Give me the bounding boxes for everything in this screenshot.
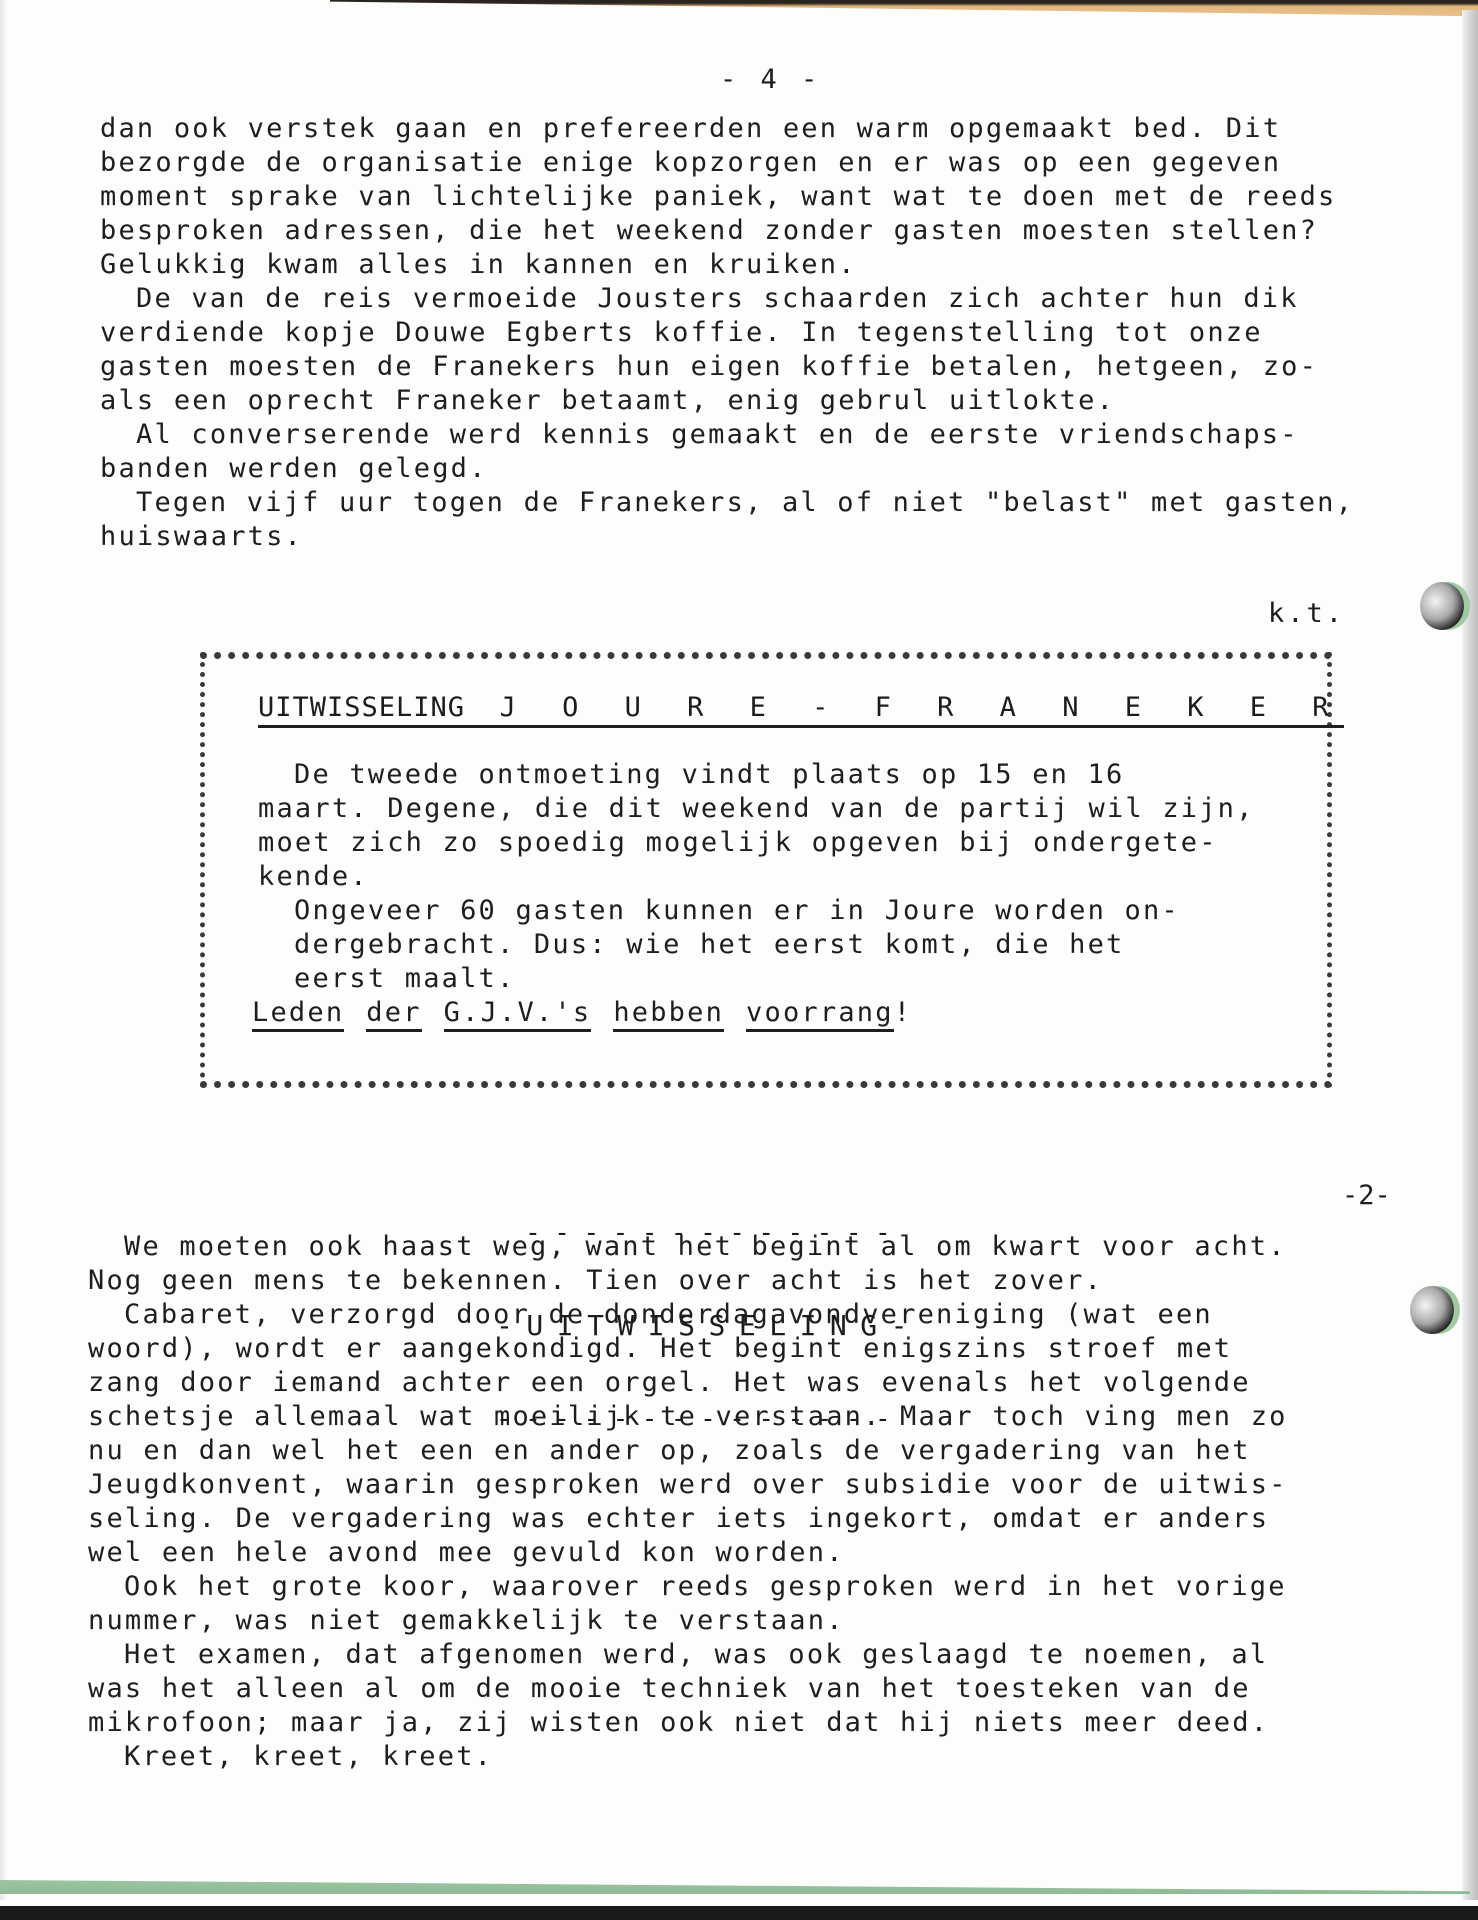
- paper-edge-left: [0, 0, 8, 1900]
- notice-word: hebben: [613, 997, 724, 1032]
- text-line: kende.: [258, 860, 1255, 894]
- text-line: mikrofoon; maar ja, zij wisten ook niet …: [88, 1706, 1288, 1740]
- article-part1-body: dan ook verstek gaan en prefereerden een…: [100, 112, 1354, 554]
- text-line: Het examen, dat afgenomen werd, was ook …: [88, 1638, 1288, 1672]
- paper-edge-bottom: [0, 1906, 1478, 1920]
- text-line: verdiende kopje Douwe Egberts koffie. In…: [100, 316, 1354, 350]
- text-line: moet zich zo spoedig mogelijk opgeven bi…: [258, 826, 1255, 860]
- paper-edge-bottom-green: [0, 1880, 1470, 1894]
- priority-notice: LedenderG.J.V.'shebbenvoorrang!: [252, 996, 1255, 1030]
- notice-word: G.J.V.'s: [444, 997, 592, 1032]
- text-line: maart. Degene, die dit weekend van de pa…: [258, 792, 1255, 826]
- text-line: woord), wordt er aangekondigd. Het begin…: [88, 1332, 1288, 1366]
- text-line: bezorgde de organisatie enige kopzorgen …: [100, 146, 1354, 180]
- paper-edge-right: [1462, 10, 1478, 1900]
- text-line: gasten moesten de Franekers hun eigen ko…: [100, 350, 1354, 384]
- text-line: dan ook verstek gaan en prefereerden een…: [100, 112, 1354, 146]
- announcement-title-spaced: J O U R E - F R A N E K E R: [500, 692, 1344, 723]
- text-line: Cabaret, verzorgd door de donderdagavond…: [88, 1298, 1288, 1332]
- text-line: schetsje allemaal wat moeilijk te versta…: [88, 1400, 1288, 1434]
- text-line: nu en dan wel het een en ander op, zoals…: [88, 1434, 1288, 1468]
- text-line: besproken adressen, die het weekend zond…: [100, 214, 1354, 248]
- binder-hole-icon: [1410, 1286, 1454, 1334]
- page-number: - 4 -: [720, 64, 821, 95]
- text-line: Ook het grote koor, waarover reeds gespr…: [88, 1570, 1288, 1604]
- text-line: Tegen vijf uur togen de Franekers, al of…: [100, 486, 1354, 520]
- text-line: Kreet, kreet, kreet.: [88, 1740, 1288, 1774]
- text-line: huiswaarts.: [100, 520, 1354, 554]
- text-line: eerst maalt.: [258, 962, 1255, 996]
- part-number: -2-: [1342, 1180, 1391, 1211]
- text-line: wel een hele avond mee gevuld kon worden…: [88, 1536, 1288, 1570]
- text-line: Al converserende werd kennis gemaakt en …: [100, 418, 1354, 452]
- text-line: moment sprake van lichtelijke paniek, wa…: [100, 180, 1354, 214]
- notice-word: voorrang: [746, 997, 894, 1032]
- text-line: banden werden gelegd.: [100, 452, 1354, 486]
- article-part2-body: We moeten ook haast weg, want het begint…: [88, 1230, 1288, 1774]
- paper-edge-top: [330, 0, 1478, 16]
- notice-word: der: [366, 997, 421, 1032]
- binder-hole-icon: [1420, 582, 1464, 630]
- text-line: zang door iemand achter een orgel. Het w…: [88, 1366, 1288, 1400]
- notice-word: Leden: [252, 997, 344, 1032]
- text-line: dergebracht. Dus: wie het eerst komt, di…: [258, 928, 1255, 962]
- text-line: was het alleen al om de mooie techniek v…: [88, 1672, 1288, 1706]
- announcement-title-prefix: UITWISSELING: [258, 692, 465, 723]
- text-line: Ongeveer 60 gasten kunnen er in Joure wo…: [258, 894, 1255, 928]
- text-line: We moeten ook haast weg, want het begint…: [88, 1230, 1288, 1264]
- text-line: nummer, was niet gemakkelijk te verstaan…: [88, 1604, 1288, 1638]
- text-line: De van de reis vermoeide Jousters schaar…: [100, 282, 1354, 316]
- text-line: Jeugdkonvent, waarin gesproken werd over…: [88, 1468, 1288, 1502]
- scanned-page: - 4 - dan ook verstek gaan en prefereerd…: [0, 0, 1478, 1920]
- text-line: seling. De vergadering was echter iets i…: [88, 1502, 1288, 1536]
- author-initials: k.t.: [1268, 598, 1345, 629]
- text-line: als een oprecht Franeker betaamt, enig g…: [100, 384, 1354, 418]
- text-line: Gelukkig kwam alles in kannen en kruiken…: [100, 248, 1354, 282]
- text-line: Nog geen mens te bekennen. Tien over ach…: [88, 1264, 1288, 1298]
- text-line: De tweede ontmoeting vindt plaats op 15 …: [258, 758, 1255, 792]
- announcement-body: De tweede ontmoeting vindt plaats op 15 …: [258, 758, 1255, 1030]
- announcement-title: UITWISSELING J O U R E - F R A N E K E R: [258, 692, 1344, 728]
